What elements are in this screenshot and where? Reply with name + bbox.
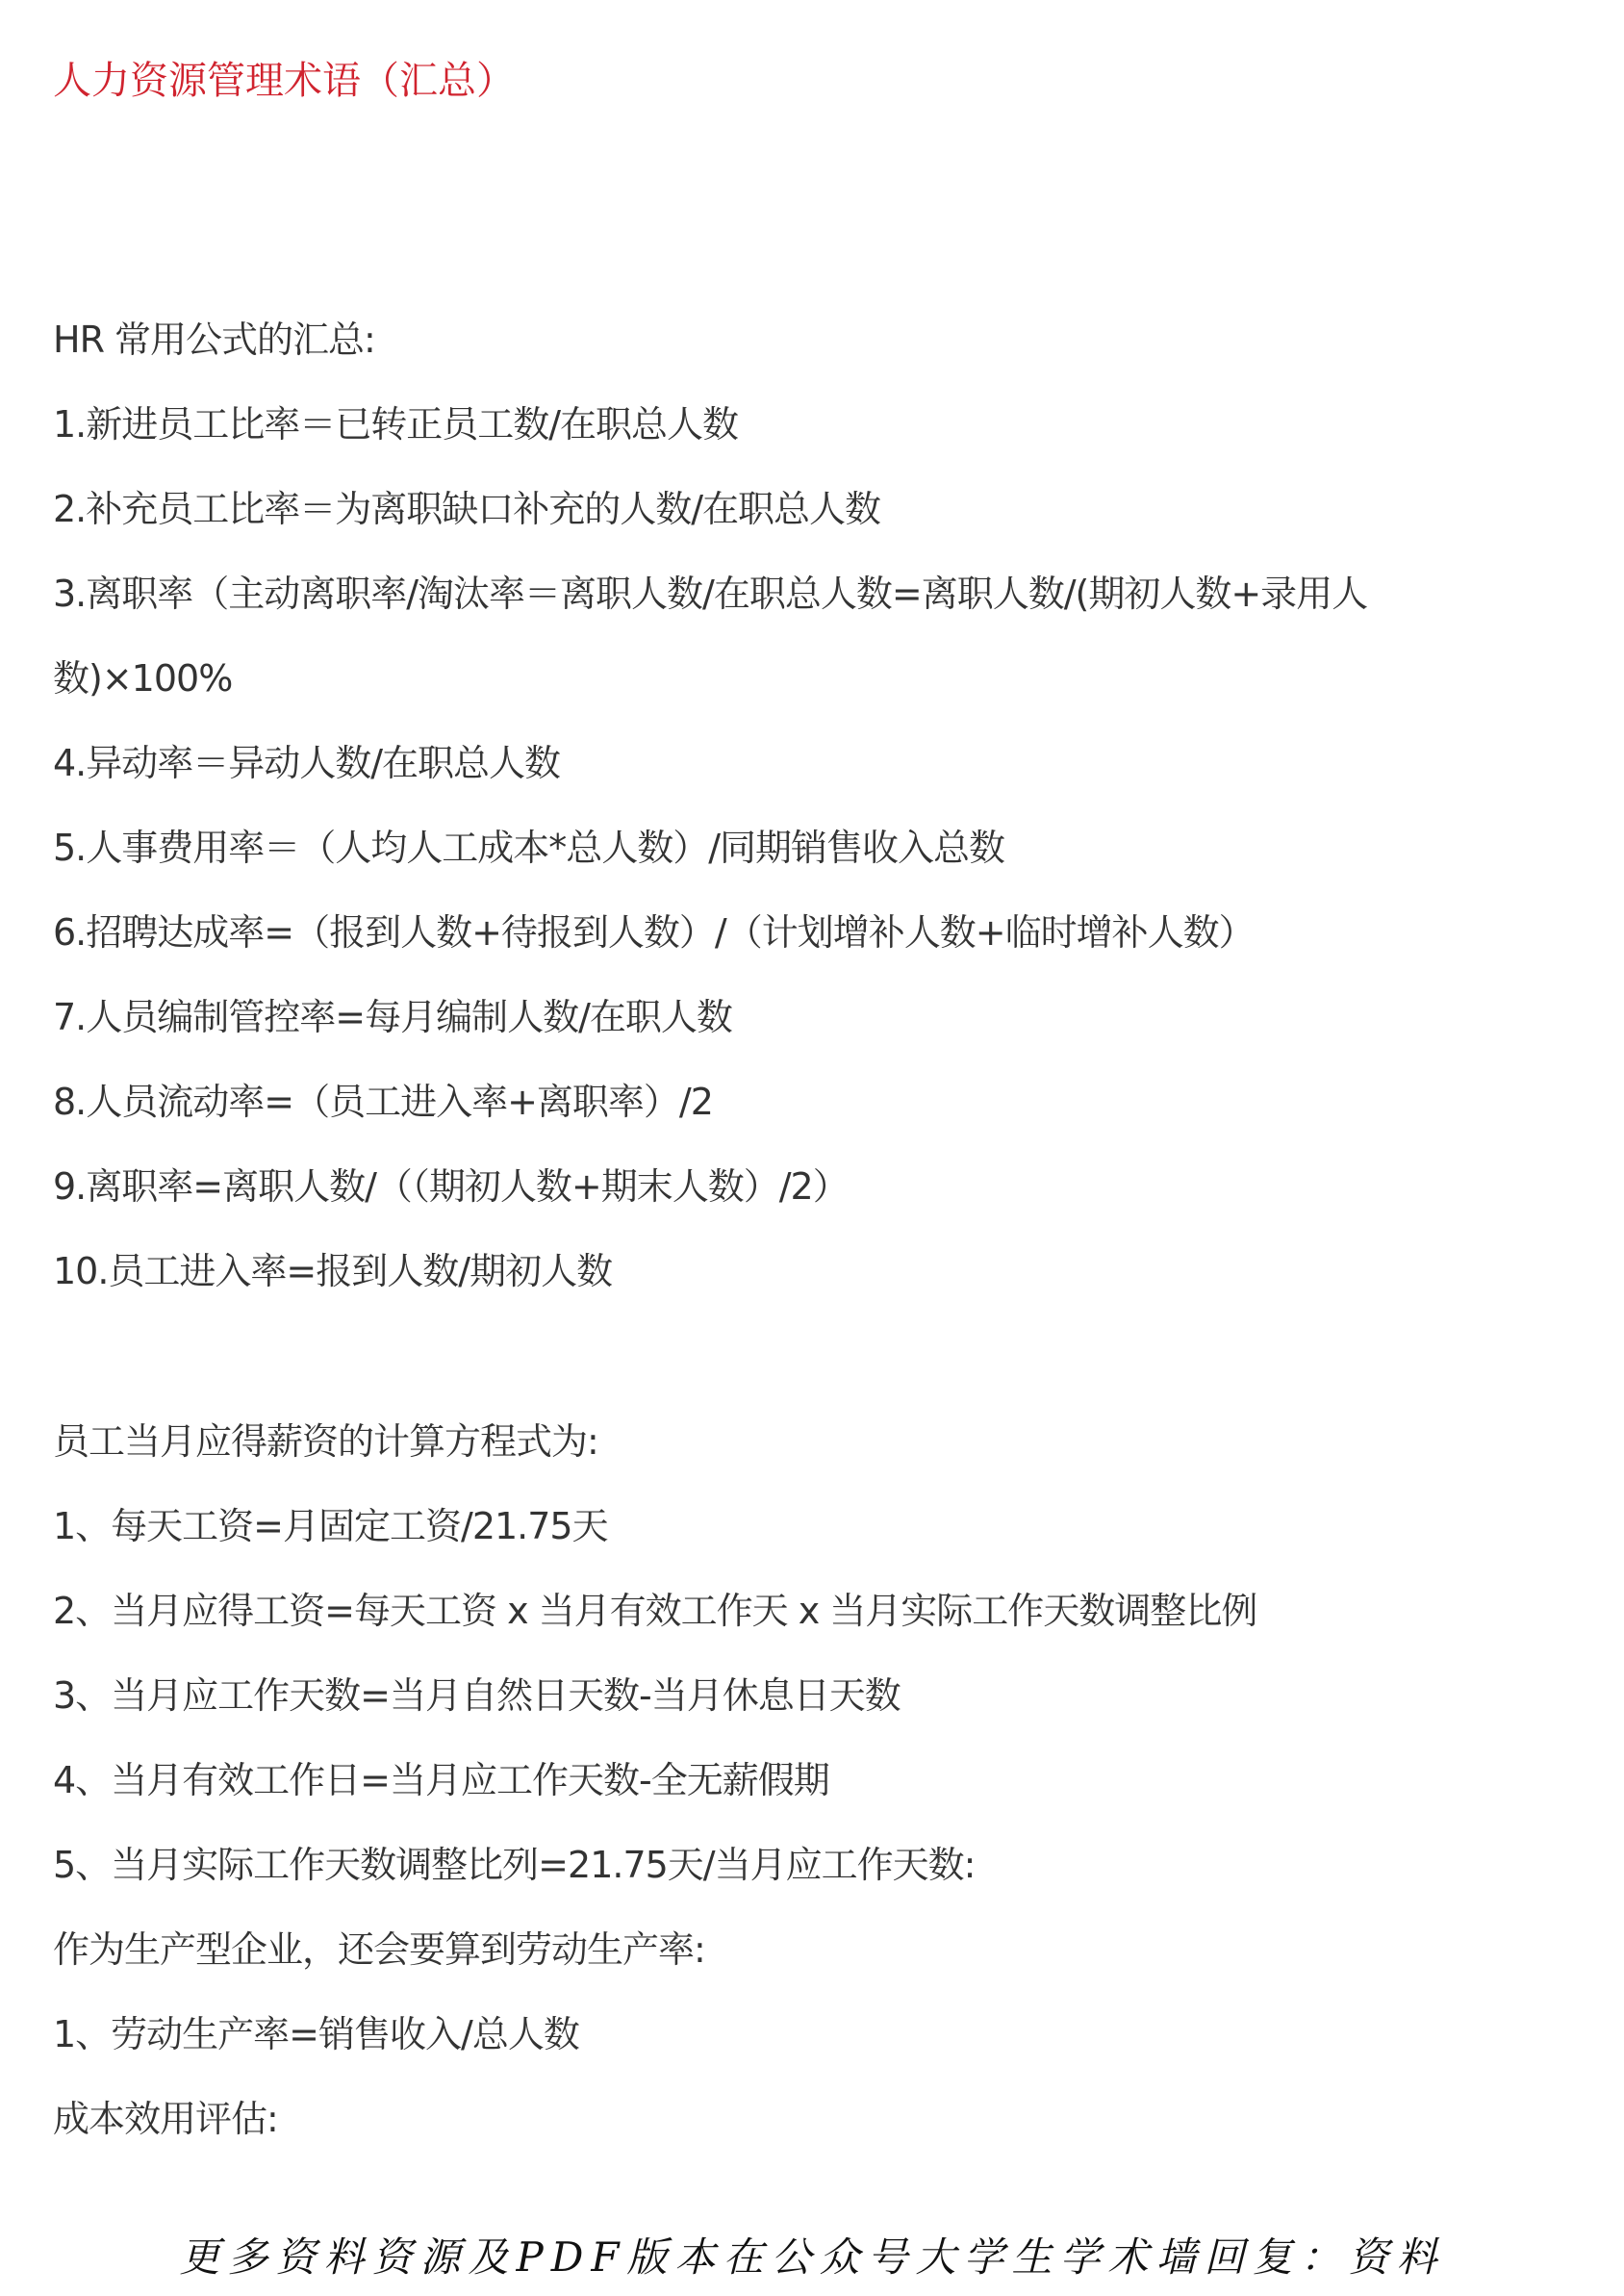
- formula-item: 9.离职率=离职人数/（（期初人数+期末人数）/2）: [53, 1162, 849, 1211]
- formula-item: 6.招聘达成率=（报到人数+待报到人数）/（计划增补人数+临时增补人数）: [53, 908, 1255, 957]
- section-heading-cost-effectiveness: 成本效用评估:: [53, 2095, 278, 2143]
- salary-formula-item: 1、每天工资=月固定工资/21.75天: [53, 1502, 608, 1550]
- section-heading-salary: 员工当月应得薪资的计算方程式为:: [53, 1417, 598, 1466]
- salary-formula-item: 2、当月应得工资=每天工资 x 当月有效工作天 x 当月实际工作天数调整比例: [53, 1587, 1256, 1635]
- section-heading-productivity: 作为生产型企业，还会要算到劳动生产率:: [53, 1926, 705, 1974]
- formula-item: 4.异动率＝异动人数/在职总人数: [53, 739, 560, 787]
- productivity-formula-item: 1、劳动生产率=销售收入/总人数: [53, 2010, 579, 2058]
- formula-item: 1.新进员工比率＝已转正员工数/在职总人数: [53, 400, 738, 448]
- formula-item: 8.人员流动率=（员工进入率+离职率）/2: [53, 1078, 713, 1126]
- formula-item: 5.人事费用率＝（人均人工成本*总人数）/同期销售收入总数: [53, 824, 1004, 872]
- salary-formula-item: 5、当月实际工作天数调整比列=21.75天/当月应工作天数:: [53, 1841, 975, 1889]
- formula-item: 3.离职率（主动离职率/淘汰率＝离职人数/在职总人数=离职人数/(期初人数+录用…: [53, 570, 1367, 618]
- document-title: 人力资源管理术语（汇总）: [53, 54, 515, 108]
- formula-item: 10.员工进入率=报到人数/期初人数: [53, 1247, 612, 1295]
- section-heading-hr-formulas: HR 常用公式的汇总:: [53, 316, 375, 364]
- salary-formula-item: 4、当月有效工作日=当月应工作天数-全无薪假期: [53, 1756, 829, 1804]
- salary-formula-item: 3、当月应工作天数=当月自然日天数-当月休息日天数: [53, 1671, 901, 1720]
- footer-watermark: 更多资料资源及PDF版本在公众号大学生学术墙回复：资料: [0, 2231, 1624, 2284]
- formula-item-continuation: 数)×100%: [53, 654, 232, 702]
- formula-item: 7.人员编制管控率=每月编制人数/在职人数: [53, 993, 732, 1041]
- formula-item: 2.补充员工比率＝为离职缺口补充的人数/在职总人数: [53, 485, 880, 533]
